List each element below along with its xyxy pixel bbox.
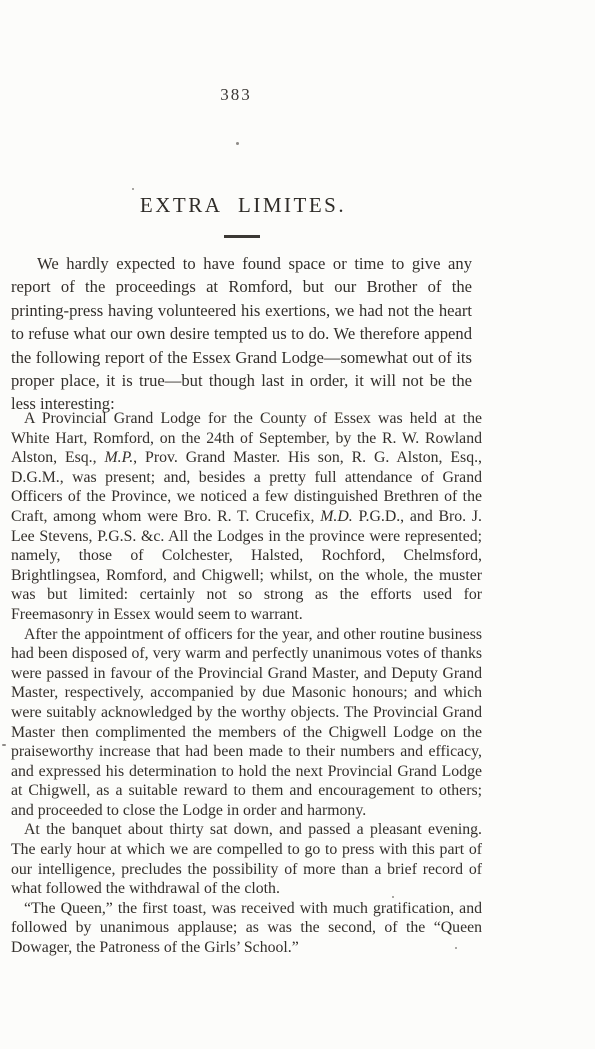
- body-text: At the banquet about thirty sat down, an…: [11, 821, 482, 897]
- scanned-page: 383 EXTRA LIMITES. We hardly expected to…: [0, 0, 595, 1049]
- paragraph: A Provincial Grand Lodge for the County …: [11, 409, 482, 625]
- page-number: 383: [10, 85, 462, 105]
- body-text: “The Queen,” the first toast, was receiv…: [11, 900, 482, 956]
- scan-speck: [455, 947, 457, 949]
- body-text: After the appointment of officers for th…: [11, 626, 482, 819]
- scan-speck: [236, 142, 239, 145]
- title-divider-rule: [224, 235, 260, 238]
- scan-speck: [2, 744, 6, 746]
- paragraph: We hardly expected to have found space o…: [11, 252, 472, 416]
- italic-text: M.D.: [320, 508, 352, 525]
- intro-section: We hardly expected to have found space o…: [11, 252, 472, 416]
- article-title: EXTRA LIMITES.: [10, 193, 476, 218]
- paragraph: After the appointment of officers for th…: [11, 625, 482, 821]
- scan-speck: [132, 188, 134, 190]
- report-section: A Provincial Grand Lodge for the County …: [11, 409, 482, 958]
- scan-speck: [392, 896, 394, 898]
- italic-text: M.P.: [105, 449, 134, 466]
- paragraph: “The Queen,” the first toast, was receiv…: [11, 899, 482, 958]
- body-text: We hardly expected to have found space o…: [11, 254, 472, 413]
- body-text: P.G.D., and Bro. J. Lee Stevens, P.G.S. …: [11, 508, 482, 623]
- paragraph: At the banquet about thirty sat down, an…: [11, 820, 482, 898]
